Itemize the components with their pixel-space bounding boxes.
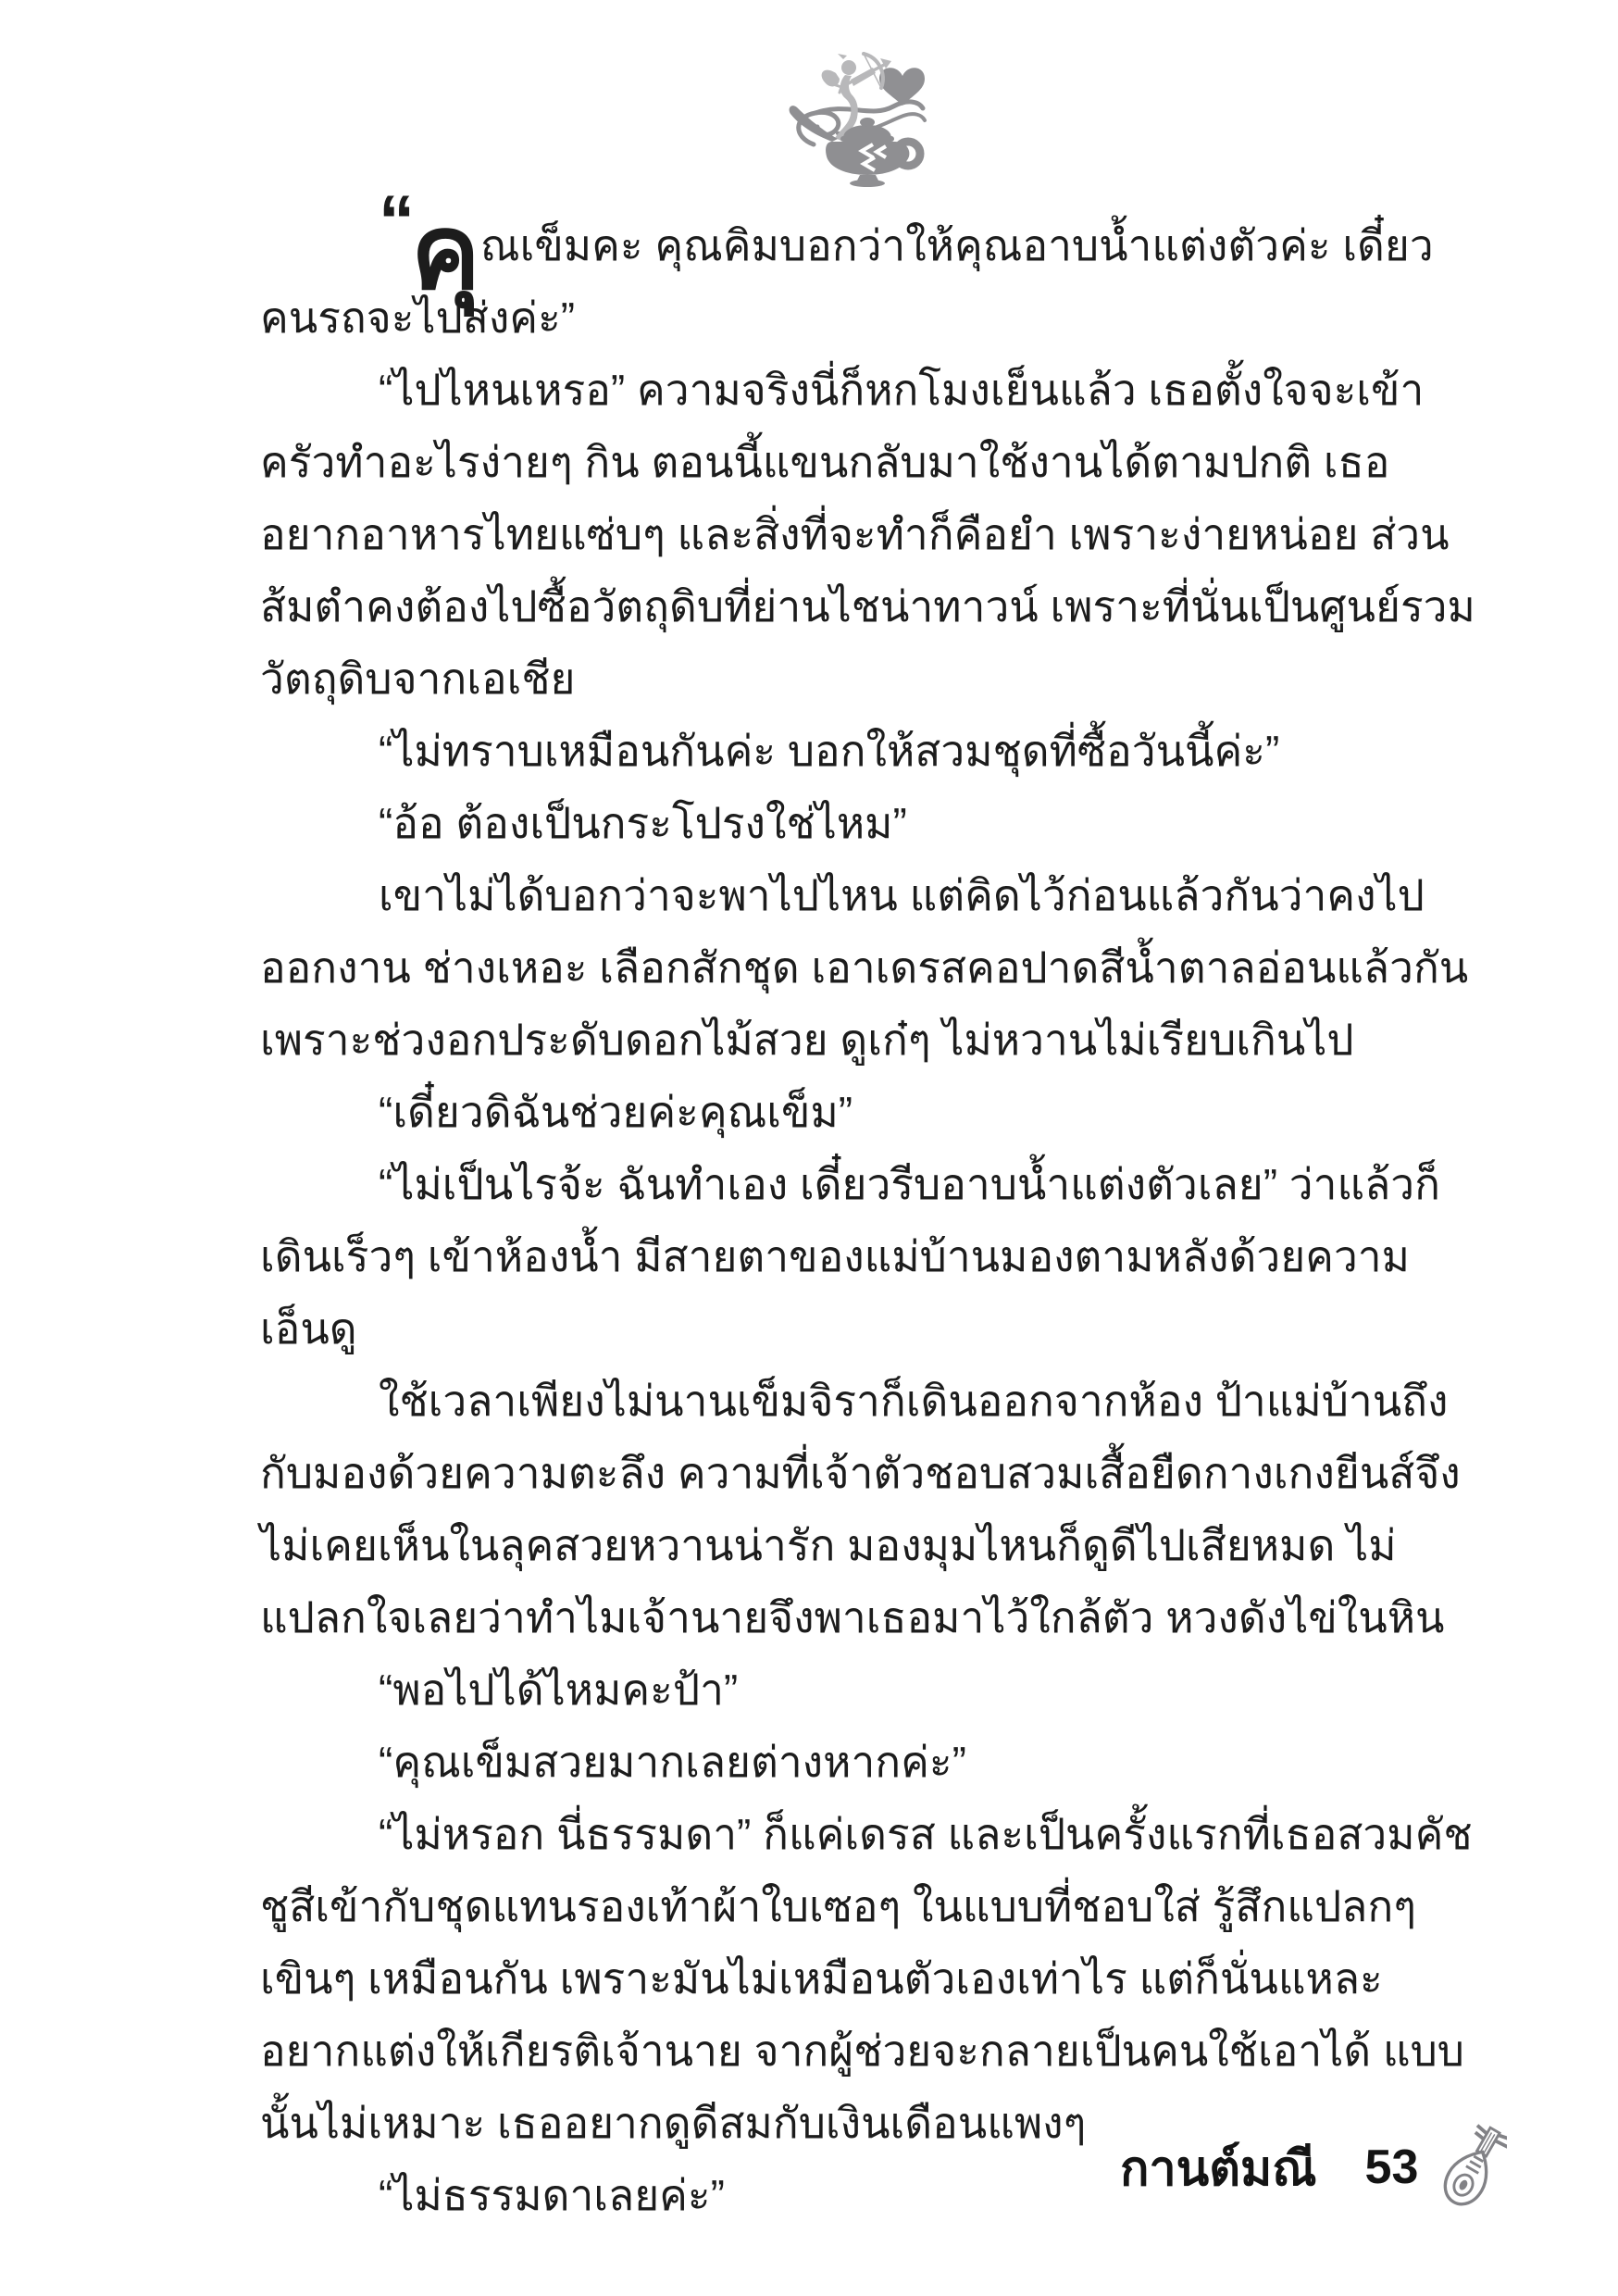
paragraph: “ไม่เป็นไรจ้ะ ฉันทำเอง เดี๋ยวรีบอาบน้ำแต… (260, 1148, 1484, 1365)
paragraphs: “ไปไหนเหรอ” ความจริงนี่ก็หกโมงเย็นแล้ว เ… (260, 354, 1484, 2231)
paragraph: ใช้เวลาเพียงไม่นานเข็มจิราก็เดินออกจากห้… (260, 1365, 1484, 1653)
paragraph: “ไม่ทราบเหมือนกันค่ะ บอกให้สวมชุดที่ซื้อ… (260, 715, 1484, 787)
paragraph: “อ้อ ต้องเป็นกระโปรงใช่ไหม” (260, 787, 1484, 859)
drop-cap-open-quote: “ (379, 180, 411, 261)
paragraph: “พอไปได้ไหมคะป้า” (260, 1653, 1484, 1726)
pipa-lute-icon (1440, 2123, 1507, 2212)
book-page: “คุณเข็มคะ คุณคิมบอกว่าให้คุณอาบน้ำแต่งต… (0, 0, 1618, 2296)
page-body-text: “คุณเข็มคะ คุณคิมบอกว่าให้คุณอาบน้ำแต่งต… (260, 209, 1484, 2231)
page-number: 53 (1365, 2140, 1419, 2195)
page-footer: กานต์มณี 53 (1120, 2126, 1507, 2209)
paragraph: เขาไม่ได้บอกว่าจะพาไปไหน แต่คิดไว้ก่อนแล… (260, 859, 1484, 1076)
genie-lamp-cupid-heart-ornament-icon (782, 48, 940, 187)
paragraph-first: “คุณเข็มคะ คุณคิมบอกว่าให้คุณอาบน้ำแต่งต… (260, 209, 1484, 354)
author-name: กานต์มณี (1120, 2129, 1317, 2206)
paragraph: “คุณเข็มสวยมากเลยต่างหากค่ะ” (260, 1726, 1484, 1798)
paragraph: “ไม่หรอก นี่ธรรมดา” ก็แค่เดรส และเป็นครั… (260, 1798, 1484, 2159)
paragraph: “เดี๋ยวดิฉันช่วยค่ะคุณเข็ม” (260, 1076, 1484, 1148)
paragraph: “ไปไหนเหรอ” ความจริงนี่ก็หกโมงเย็นแล้ว เ… (260, 354, 1484, 715)
